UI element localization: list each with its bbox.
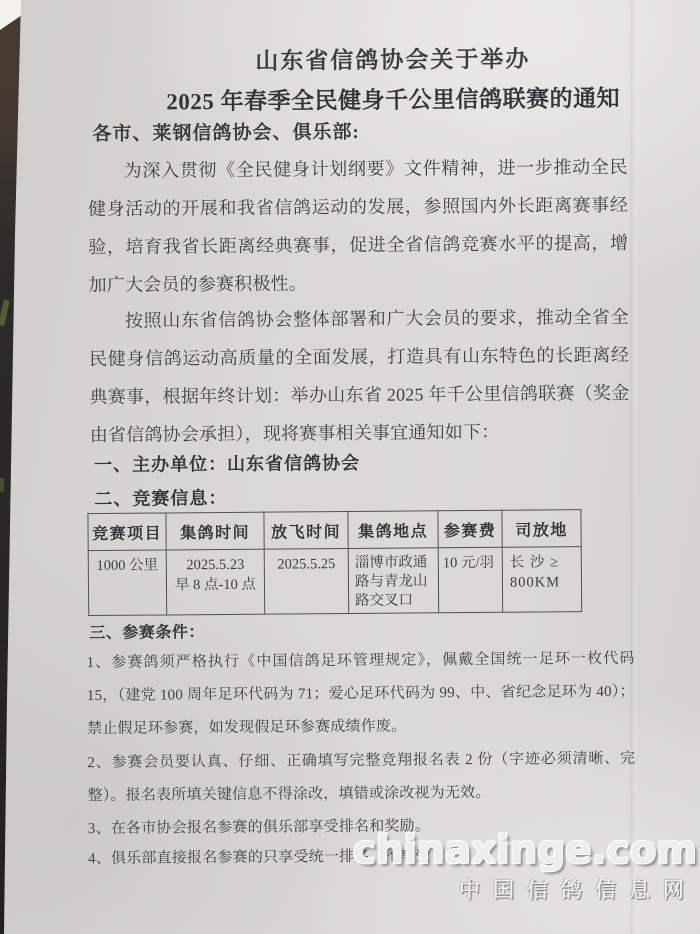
th-collection-place: 集鸽地点 bbox=[348, 511, 438, 549]
td-collection-time: 2025.5.23 早 8 点-10 点 bbox=[166, 549, 265, 615]
paragraph-plan: 按照山东省信鸽协会整体部署和广大会员的要求，推动全省全民健身信鸽运动高质量的全面… bbox=[89, 298, 630, 454]
th-entry-fee: 参赛费 bbox=[438, 510, 502, 548]
table-header-row: 竞赛项目 集鸽时间 放飞时间 集鸽地点 参赛费 司放地 bbox=[88, 510, 581, 551]
document-content: 山东省信鸽协会关于举办 2025 年春季全民健身千公里信鸽联赛的通知 各市、莱钢… bbox=[0, 0, 700, 934]
notice-title-line2: 2025 年春季全民健身千公里信鸽联赛的通知 bbox=[87, 79, 699, 117]
photographed-document: 山东省信鸽协会关于举办 2025 年春季全民健身千公里信鸽联赛的通知 各市、莱钢… bbox=[0, 0, 700, 934]
td-event: 1000 公里 bbox=[88, 550, 167, 616]
td-release-time: 2025.5.25 bbox=[264, 549, 349, 615]
notice-title-line1: 山东省信鸽协会关于举办 bbox=[87, 39, 699, 77]
condition-item-4: 4、俱乐部直接报名参赛的只享受统一排名，不享受 bbox=[88, 839, 636, 876]
table-row: 1000 公里 2025.5.23 早 8 点-10 点 2025.5.25 淄… bbox=[88, 547, 581, 616]
section-conditions: 三、参赛条件： bbox=[89, 619, 205, 643]
section-host: 一、主办单位：山东省信鸽协会 bbox=[94, 449, 360, 477]
th-release-time: 放飞时间 bbox=[264, 512, 348, 550]
salutation: 各市、莱钢信鸽协会、俱乐部: bbox=[92, 117, 360, 146]
condition-item-2: 2、参赛会员要认真、仔细、正确填写完整竞翔报名表 2 份（字迹必须清晰、完整）。… bbox=[87, 743, 636, 813]
th-event: 竞赛项目 bbox=[88, 513, 166, 551]
condition-item-1: 1、参赛鸽须严格执行《中国信鸽足环管理规定》，佩戴全国统一足环一枚代码 15，（… bbox=[86, 643, 635, 746]
td-collection-place: 淄博市政通路与青龙山路交叉口 bbox=[348, 548, 439, 614]
td-release-site: 长 沙 ≥ 800KM bbox=[502, 547, 582, 613]
th-collection-time: 集鸽时间 bbox=[166, 512, 264, 550]
document-paper: 山东省信鸽协会关于举办 2025 年春季全民健身千公里信鸽联赛的通知 各市、莱钢… bbox=[0, 0, 700, 934]
edge-speck bbox=[0, 478, 4, 492]
edge-speck bbox=[0, 300, 10, 327]
race-info-table: 竞赛项目 集鸽时间 放飞时间 集鸽地点 参赛费 司放地 1000 公里 2025… bbox=[87, 509, 582, 616]
th-release-site: 司放地 bbox=[502, 510, 581, 548]
section-race-info: 二、竞赛信息： bbox=[94, 484, 227, 511]
td-entry-fee: 10 元/羽 bbox=[438, 547, 503, 613]
paragraph-intro: 为深入贯彻《全民健身计划纲要》文件精神，进一步推动全民健身活动的开展和我省信鸽运… bbox=[88, 148, 629, 304]
